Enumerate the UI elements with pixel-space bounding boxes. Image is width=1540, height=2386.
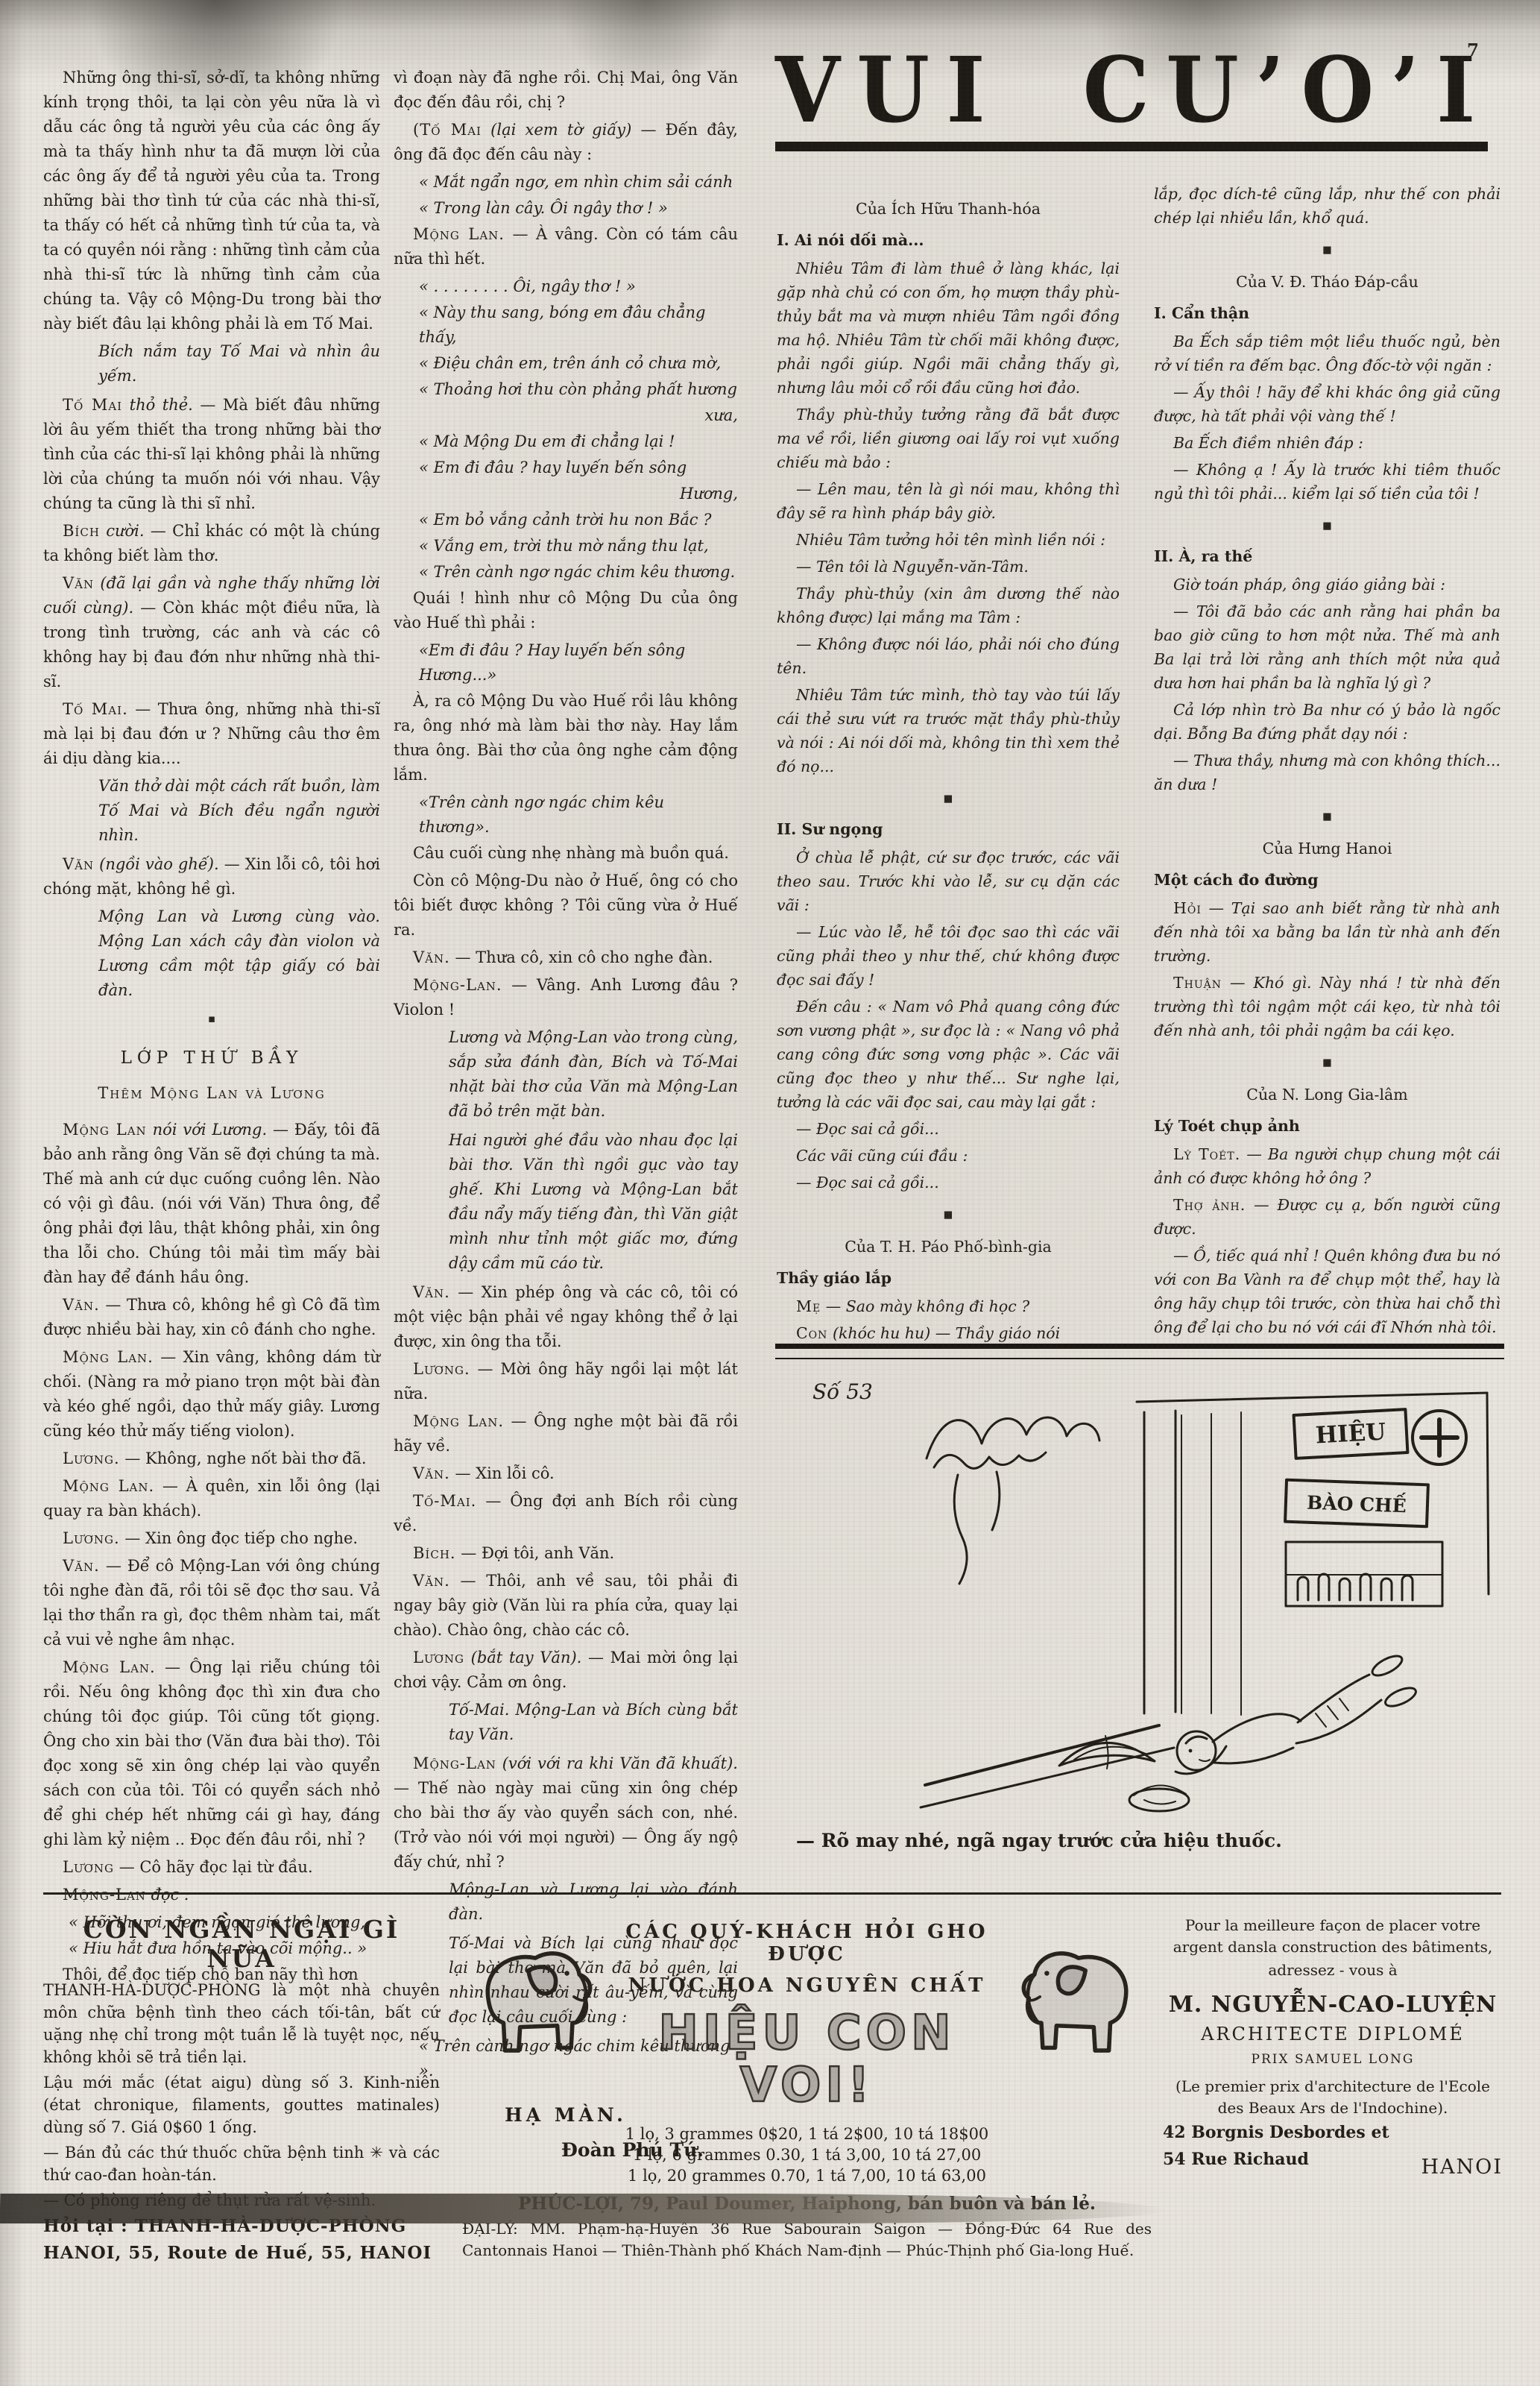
section-title: VUI CU’O’I: [775, 43, 1503, 138]
text-block: Con (khóc hu hu) — Thầy giáo nói: [777, 1321, 1120, 1345]
ad-price-line: 1 lọ, 20 grammes 0.70, 1 tá 7,00, 10 tá …: [600, 2167, 1014, 2185]
text-block: « Này thu sang, bóng em đâu chẳng thấy,: [419, 300, 738, 350]
text-block: Văn. — Thưa cô, không hề gì Cô đã tìm đư…: [43, 1293, 380, 1342]
text-block: Lý Toét chụp ảnh: [1154, 1114, 1500, 1138]
text-block: Ở chùa lễ phật, cứ sư đọc trước, các vãi…: [777, 846, 1120, 917]
text-block: « Trên cành ngơ ngác chim kêu thương.: [419, 560, 738, 585]
fallen-man-legs: [1296, 1675, 1381, 1743]
text-block: — Không ạ ! Ấy là trước khi tiêm thuốc n…: [1154, 458, 1500, 506]
text-block: « Vắng em, trời thu mờ nắng thu lạt,: [419, 534, 738, 558]
comic-panel: Số 53: [775, 1344, 1504, 1880]
ornament: ▪: [777, 1202, 1120, 1226]
text-block: Lậu mới mắc (état aigu) dùng số 3. Kinh-…: [43, 2071, 440, 2138]
text-block: Các vãi cũng cúi đầu :: [777, 1144, 1120, 1168]
text-block: HANOI, 55, Route de Huế, 55, HANOI: [43, 2241, 440, 2265]
text-block: Mộng Lan. — Ông nghe một bài đã rồi hãy …: [394, 1409, 738, 1458]
text-block: Mộng-Lan (với với ra khi Văn đã khuất). …: [394, 1751, 738, 1875]
text-block: PRIX SAMUEL LONG: [1163, 2052, 1503, 2067]
ad-price-line: 1 lọ, 6 grammes 0.30, 1 tá 3,00, 10 tá 2…: [600, 2146, 1014, 2164]
ad-price-line: 1 lọ, 3 grammes 0$20, 1 tá 2$00, 10 tá 1…: [600, 2125, 1014, 2143]
section-masthead: VUI CU’O’I: [775, 43, 1503, 151]
text-block: — Lúc vào lễ, hễ tôi đọc sao thì các vãi…: [777, 920, 1120, 992]
ornament: ▪: [43, 1010, 380, 1027]
text-block: Của Hưng Hanoi: [1154, 837, 1500, 860]
text-block: — Ồ, tiếc quá nhỉ ! Quên không đưa bu nó…: [1154, 1244, 1500, 1339]
sandal: [1369, 1652, 1404, 1680]
text-block: LỚP THỨ BẦY: [43, 1046, 380, 1071]
text-block: Văn. — Để cô Mộng-Lan với ông chúng tôi …: [43, 1554, 380, 1652]
text-block: Mộng Lan nói với Lương. — Đấy, tôi đã bả…: [43, 1118, 380, 1290]
ad-agents-line: ĐẠI-LÝ: MM. Phạm-hạ-Huyên 36 Rue Saboura…: [462, 2218, 1152, 2261]
text-block: Mộng-Lan đọc :: [43, 1883, 380, 1907]
text-block: — Thưa thầy, nhưng mà con không thích...…: [1154, 749, 1500, 796]
text-block: Thầy phù-thủy (xin âm dương thế nào khôn…: [777, 582, 1120, 629]
text-block: Thầy giáo lắp: [777, 1266, 1120, 1290]
text-block: Mộng Lan. — À quên, xin lỗi ông (lại qua…: [43, 1474, 380, 1523]
text-block: Cả lớp nhìn trò Ba như có ý bảo là ngốc …: [1154, 698, 1500, 746]
text-block: Nhiêu Tâm đi làm thuê ở làng khác, lại g…: [777, 256, 1120, 400]
text-block: Văn (ngồi vào ghế). — Xin lỗi cô, tôi hơ…: [43, 852, 380, 901]
column-play-left: Những ông thi-sĩ, sở-dĩ, ta không những …: [43, 66, 380, 1990]
column-jokes-right: lắp, đọc dích-tê cũng lắp, như thế con p…: [1154, 182, 1500, 1342]
text-block: Hương,: [394, 482, 738, 506]
text-block: M. NGUYỄN-CAO-LUYỆN: [1163, 1992, 1503, 2018]
text-block: Những ông thi-sĩ, sở-dĩ, ta không những …: [43, 66, 380, 336]
text-block: Lương. — Không, nghe nốt bài thơ đã.: [43, 1447, 380, 1471]
comic-number: Số 53: [812, 1379, 873, 1404]
ad-architecte: Pour la meilleure façon de placer votre …: [1163, 1915, 1503, 2182]
text-block: (Tố Mai (lại xem tờ giấy) — Đến đây, ông…: [394, 118, 738, 167]
column-play-right: vì đoạn này đã nghe rồi. Chị Mai, ông Vă…: [394, 66, 738, 2165]
text-block: Thuận — Khó gì. Này nhá ! từ nhà đến trư…: [1154, 971, 1500, 1042]
text-block: «Trên cành ngơ ngác chim kêu thương».: [419, 790, 738, 840]
text-block: — Đọc sai cả gồi...: [777, 1171, 1120, 1194]
sign-text-hieu: HIỆU: [1315, 1417, 1386, 1449]
text-block: Văn. — Thôi, anh về sau, tôi phải đi nga…: [394, 1569, 738, 1643]
text-block: « Em bỏ vắng cảnh trời hu non Bắc ?: [419, 508, 738, 532]
comic-caption: — Rõ may nhé, ngã ngay trước cửa hiệu th…: [796, 1830, 1489, 1851]
ornament: ▪: [1154, 1050, 1500, 1074]
sign-text-bao-che: BÀO CHẾ: [1307, 1490, 1407, 1517]
text-block: Của Ích Hữu Thanh-hóa: [777, 197, 1120, 221]
text-block: « Em đi đâu ? hay luyến bến sông: [419, 456, 738, 480]
text-block: Bích. — Đợi tôi, anh Văn.: [394, 1541, 738, 1566]
text-block: « . . . . . . . . Ôi, ngây thơ ! »: [419, 274, 738, 299]
pharmacy-cross: [1421, 1420, 1457, 1455]
text-block: — Lên mau, tên là gì nói mau, không thì …: [777, 477, 1120, 525]
text-block: Lương và Mộng-Lan vào trong cùng, sắp sử…: [449, 1025, 738, 1124]
sandal: [1383, 1684, 1418, 1710]
ad-city: HANOI: [1421, 2156, 1503, 2179]
text-block: Mẹ — Sao mày không đi học ?: [777, 1294, 1120, 1318]
text-block: Mộng Lan và Lương cùng vào. Mộng Lan xác…: [98, 904, 380, 1003]
text-block: « Mắt ngẩn ngơ, em nhìn chim sải cánh: [419, 170, 738, 195]
text-block: Bích cười. — Chỉ khác có một là chúng ta…: [43, 519, 380, 568]
text-block: Đến câu : « Nam vô Phả quang công đức sơ…: [777, 995, 1120, 1114]
ads-separator-rule: [43, 1892, 1501, 1895]
ornament: ▪: [1154, 513, 1500, 537]
text-block: THANH-HÀ-DƯỢC-PHÒNG là một nhà chuyên mô…: [43, 1979, 440, 2068]
text-block: — Ấy thôi ! hãy để khi khác ông giả cũng…: [1154, 380, 1500, 428]
text-block: Thầy phù-thủy tưởng rằng đã bắt được ma …: [777, 403, 1120, 474]
text-block: xưa,: [394, 403, 738, 428]
ornament: ▪: [777, 786, 1120, 810]
text-block: Văn. — Xin phép ông và các cô, tôi có mộ…: [394, 1280, 738, 1354]
text-block: Pour la meilleure façon de placer votre …: [1163, 1915, 1503, 1958]
text-block: « Thoảng hơi thu còn phảng phất hương: [419, 377, 738, 402]
text-block: Giờ toán pháp, ông giáo giảng bài :: [1154, 573, 1500, 596]
bottles: [1298, 1574, 1413, 1600]
text-block: vì đoạn này đã nghe rồi. Chị Mai, ông Vă…: [394, 66, 738, 115]
text-block: Nhiêu Tâm tức mình, thò tay vào túi lấy …: [777, 683, 1120, 778]
scan-smudge-bottom: [0, 2194, 1167, 2223]
text-block: 42 Borgnis Desbordes et: [1163, 2121, 1503, 2144]
text-block: Của V. Đ. Tháo Đáp-cầu: [1154, 270, 1500, 294]
text-block: Văn. — Xin lỗi cô.: [394, 1461, 738, 1486]
masthead-rule: [775, 142, 1488, 151]
text-block: Tố-Mai. — Ông đợi anh Bích rồi cùng về.: [394, 1489, 738, 1538]
ad-kicker-line2: NƯỚC HOA NGUYÊN CHẤT: [600, 1974, 1014, 1997]
text-block: II. Sư ngọng: [777, 817, 1120, 841]
text-block: « Điệu chân em, trên ánh cỏ chưa mờ,: [419, 351, 738, 376]
text-block: — Tên tôi là Nguyễn-văn-Tâm.: [777, 555, 1120, 579]
text-block: Văn. — Thưa cô, xin cô cho nghe đàn.: [394, 945, 738, 970]
text-block: Mộng Lan. — Xin vâng, không dám từ chối.…: [43, 1345, 380, 1444]
text-block: ARCHITECTE DIPLOMÉ: [1163, 2024, 1503, 2045]
text-block: Còn cô Mộng-Du nào ở Huế, ông có cho tôi…: [394, 869, 738, 942]
text-block: Ba Ếch sắp tiêm một liều thuốc ngủ, bèn …: [1154, 330, 1500, 377]
text-block: Lương — Cô hãy đọc lại từ đầu.: [43, 1855, 380, 1880]
awning-scribble: [927, 1417, 1099, 1458]
column-jokes-left: Của Ích Hữu Thanh-hóaI. Ai nói dối mà...…: [777, 188, 1120, 1348]
text-block: Tố-Mai. Mộng-Lan và Bích cùng bắt tay Vă…: [449, 1698, 738, 1747]
text-block: Hai người ghé đầu vào nhau đọc lại bài t…: [449, 1128, 738, 1276]
text-block: Một cách đo đường: [1154, 868, 1500, 892]
text-block: Mộng Lan. — Ông lại riễu chúng tôi rồi. …: [43, 1655, 380, 1852]
text-block: — Không được nói láo, phải nói cho đúng …: [777, 632, 1120, 680]
ornament: ▪: [1154, 237, 1500, 261]
text-block: (Le premier prix d'architecture de l'Eco…: [1163, 2076, 1503, 2119]
ad-architecte-text: Pour la meilleure façon de placer votre …: [1163, 1915, 1503, 2171]
text-block: Văn thở dài một cách rất buồn, làm Tố Ma…: [98, 774, 380, 848]
text-block: Thợ ảnh. — Được cụ ạ, bốn người cũng đượ…: [1154, 1193, 1500, 1241]
text-block: Câu cuối cùng nhẹ nhàng mà buồn quá.: [394, 841, 738, 866]
storefront-lintel: [1137, 1393, 1487, 1402]
text-block: Văn (đã lại gần và nghe thấy những lời c…: [43, 571, 380, 694]
text-block: Ba Ếch điềm nhiên đáp :: [1154, 431, 1500, 455]
ad-kicker-line1: CÁC QUÝ-KHÁCH HỎI GHO ĐƯỢC: [600, 1921, 1014, 1965]
text-block: Mộng-Lan. — Vâng. Anh Lương đâu ? Violon…: [394, 973, 738, 1022]
text-block: — Bán đủ các thứ thuốc chữa bệnh tinh ✳ …: [43, 2141, 440, 2186]
newspaper-page: 7 VUI CU’O’I Những ông thi-sĩ, sở-dĩ, ta…: [0, 0, 1540, 2386]
fallen-man-body: [1213, 1714, 1301, 1763]
text-block: Thêm Mộng Lan và Lương: [43, 1081, 380, 1106]
elephant-icon: [1014, 1915, 1152, 2068]
text-block: À, ra cô Mộng Du vào Huế rồi lâu không r…: [394, 689, 738, 787]
comic-top-rule: [775, 1344, 1504, 1359]
text-block: adressez - vous à: [1163, 1960, 1503, 1981]
text-block: «Em đi đâu ? Hay luyến bến sông Hương...…: [419, 638, 738, 687]
text-block: Tố Mai thỏ thẻ. — Mà biết đâu những lời …: [43, 393, 380, 516]
text-block: II. À, ra thế: [1154, 544, 1500, 568]
text-block: Của N. Long Gia-lâm: [1154, 1083, 1500, 1107]
text-block: Lương. — Xin ông đọc tiếp cho nghe.: [43, 1526, 380, 1551]
text-block: Của T. H. Páo Phố-bình-gia: [777, 1235, 1120, 1259]
text-block: Lý Toét. — Ba người chụp chung một cái ả…: [1154, 1142, 1500, 1190]
text-block: Bích nắm tay Tố Mai và nhìn âu yếm.: [98, 339, 380, 388]
text-block: Tố Mai. — Thưa ông, những nhà thi-sĩ mà …: [43, 697, 380, 771]
text-block: I. Ai nói dối mà...: [777, 228, 1120, 252]
text-block: Nhiêu Tâm tưởng hỏi tên mình liền nói :: [777, 528, 1120, 552]
text-block: Hỏi — Tại sao anh biết rằng từ nhà anh đ…: [1154, 896, 1500, 968]
text-block: Lương. — Mời ông hãy ngồi lại một lát nữ…: [394, 1357, 738, 1406]
elephant-icon: [462, 1915, 600, 2068]
text-block: Quái ! hình như cô Mộng Du của ông vào H…: [394, 586, 738, 635]
text-block: « Trong làn cây. Ôi ngây thơ ! »: [419, 196, 738, 221]
ad-brand-name: HIỆU CON VOI!: [600, 2007, 1014, 2112]
text-block: — Đọc sai cả gồi...: [777, 1117, 1120, 1141]
text-block: Mộng Lan. — À vâng. Còn có tám câu nữa t…: [394, 222, 738, 271]
text-block: CÒN NGẦN NGẠI GÌ NỮA: [43, 1915, 440, 1973]
comic-illustration: HIỆU BÀO CHẾ: [913, 1363, 1502, 1819]
text-block: Lương (bắt tay Văn). — Mai mời ông lại c…: [394, 1646, 738, 1695]
text-block: lắp, đọc dích-tê cũng lắp, như thế con p…: [1154, 182, 1500, 230]
text-block: — Tôi đã bảo các anh rằng hai phần ba ba…: [1154, 599, 1500, 695]
ornament: ▪: [1154, 804, 1500, 828]
text-block: I. Cẩn thận: [1154, 301, 1500, 325]
text-block: « Mà Mộng Du em đi chẳng lại !: [419, 429, 738, 454]
